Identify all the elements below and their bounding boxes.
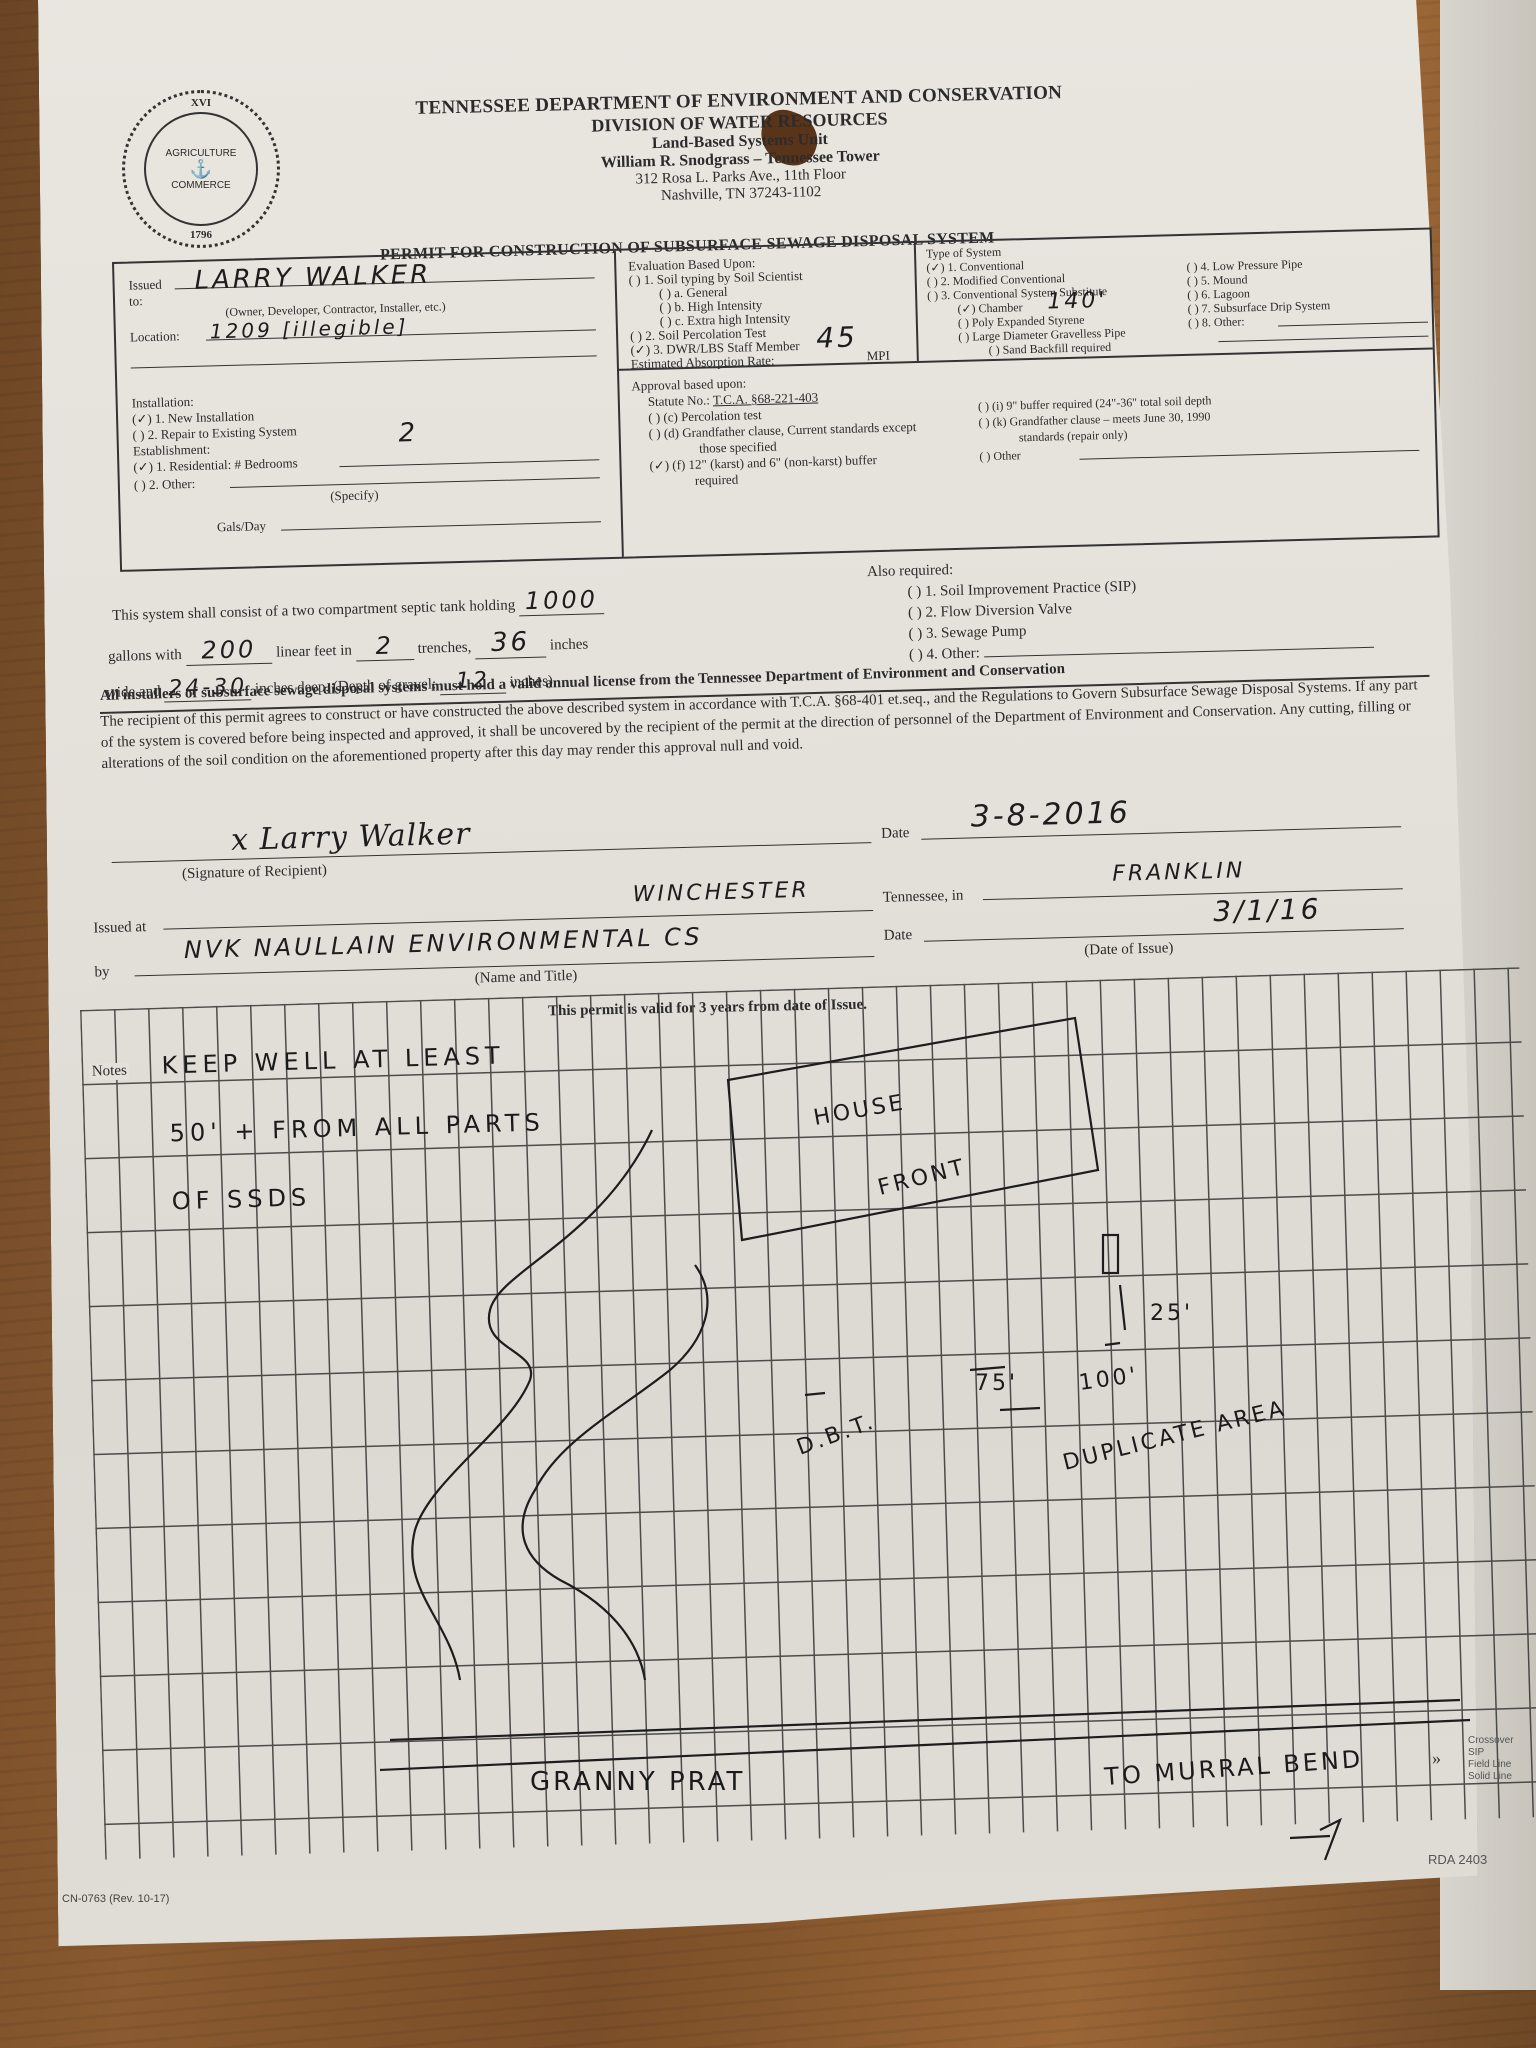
gals-per-day-label: Gals/Day [217, 518, 267, 535]
recipient-signature[interactable]: x Larry Walker [231, 817, 471, 858]
tank-gallons-value[interactable]: 1000 [519, 585, 605, 616]
installation-option-repair[interactable]: ( ) 2. Repair to Existing System [132, 423, 297, 443]
location-value[interactable]: 1209 [illegible] [210, 314, 409, 343]
issued-by-value[interactable]: NVK NAULLAIN ENVIRONMENTAL CS [184, 923, 703, 965]
plow-icon: ⚓ [190, 159, 212, 180]
form-number: CN-0763 (Rev. 10-17) [62, 1893, 169, 1905]
permit-form-box: Issuedto: LARRY WALKER (Owner, Developer… [112, 227, 1440, 571]
double-chevron-icon: » [1432, 1748, 1441, 1769]
seal-center: AGRICULTURE ⚓ COMMERCE [144, 112, 258, 226]
issued-to-label: Issuedto: [128, 277, 162, 310]
issued-to-value[interactable]: LARRY WALKER [194, 260, 431, 296]
also-required-section: Also required: ( ) 1. Soil Improvement P… [867, 550, 1374, 667]
tennessee-in-label: Tennessee, in [883, 888, 964, 907]
establishment-option-other[interactable]: ( ) 2. Other: [134, 476, 196, 494]
issue-date-label: Date [884, 927, 913, 945]
seal-year: 1796 [125, 229, 277, 241]
bedrooms-value[interactable]: 2 [398, 418, 418, 449]
installation-label: Installation: [132, 394, 195, 412]
specify-hint: (Specify) [330, 487, 379, 504]
signature-date-value[interactable]: 3-8-2016 [970, 795, 1131, 834]
notes-line-2[interactable]: 50' + FROM ALL PARTS [169, 1108, 545, 1147]
establishment-option-residential[interactable]: (✓) 1. Residential: # Bedrooms [133, 455, 298, 475]
system-other[interactable]: ( ) 8. Other: [1188, 314, 1245, 330]
approval-repair-only: standards (repair only) [1019, 427, 1128, 445]
approval-other[interactable]: ( ) Other [979, 448, 1021, 464]
trench-width-value[interactable]: 36 [475, 627, 547, 660]
legend-field-line: Field Line [1468, 1759, 1514, 1771]
legend-crossover: Crossover [1468, 1735, 1514, 1747]
signature-date-label: Date [881, 825, 910, 843]
seal-agriculture: AGRICULTURE [166, 148, 237, 159]
seal-top-text: XVI [125, 97, 277, 109]
notes-line-3[interactable]: OF SSDS [171, 1183, 311, 1215]
system-drip[interactable]: ( ) 7. Subsurface Drip System [1187, 298, 1330, 317]
statute-label: Statute No.: [648, 392, 710, 409]
signature-block: x Larry Walker (Signature of Recipient) … [110, 765, 1435, 999]
issued-at-label: Issued at [93, 919, 146, 937]
spec-text-2b: linear feet in [276, 643, 352, 661]
tennessee-state-seal-icon: XVI AGRICULTURE ⚓ COMMERCE 1796 [122, 90, 280, 248]
statute-value: T.C.A. §68-221-403 [713, 390, 819, 408]
county-value[interactable]: FRANKLIN [1112, 858, 1246, 886]
absorption-rate-value[interactable]: 45 [816, 321, 858, 355]
name-title-hint: (Name and Title) [475, 968, 578, 988]
issued-at-value[interactable]: WINCHESTER [632, 878, 810, 908]
system-type-section: Type of System (✓) 1. Conventional ( ) 2… [914, 229, 1439, 361]
notes-label: Notes [90, 1063, 129, 1081]
line-legend: Crossover SIP Field Line Solid Line [1468, 1735, 1514, 1783]
form-code: RDA 2403 [1428, 1852, 1487, 1867]
chamber-length-value[interactable]: 140' [1047, 288, 1108, 315]
legend-solid-line: Solid Line [1468, 1771, 1514, 1783]
trenches-value[interactable]: 2 [355, 631, 414, 662]
spec-text-2c: trenches, [417, 639, 471, 656]
notes-section: Notes KEEP WELL AT LEAST 50' + FROM ALL … [80, 967, 1536, 1859]
issued-by-label: by [94, 964, 109, 981]
owner-section: Issuedto: LARRY WALKER (Owner, Developer… [114, 251, 624, 570]
legend-sip: SIP [1468, 1747, 1514, 1759]
spec-text-2d: inches [550, 636, 589, 653]
seal-commerce: COMMERCE [171, 180, 230, 191]
notes-line-1[interactable]: KEEP WELL AT LEAST [161, 1041, 505, 1079]
approval-karst-buffer-cont: required [695, 472, 739, 489]
spec-text-2a: gallons with [108, 647, 182, 665]
date-of-issue-hint: (Date of Issue) [1084, 940, 1174, 959]
signature-label: (Signature of Recipient) [182, 862, 327, 883]
issue-date-value[interactable]: 3/1/16 [1213, 892, 1322, 928]
document-header: TENNESSEE DEPARTMENT OF ENVIRONMENT AND … [359, 81, 1122, 213]
location-label: Location: [130, 328, 180, 345]
linear-feet-value[interactable]: 200 [185, 635, 273, 666]
